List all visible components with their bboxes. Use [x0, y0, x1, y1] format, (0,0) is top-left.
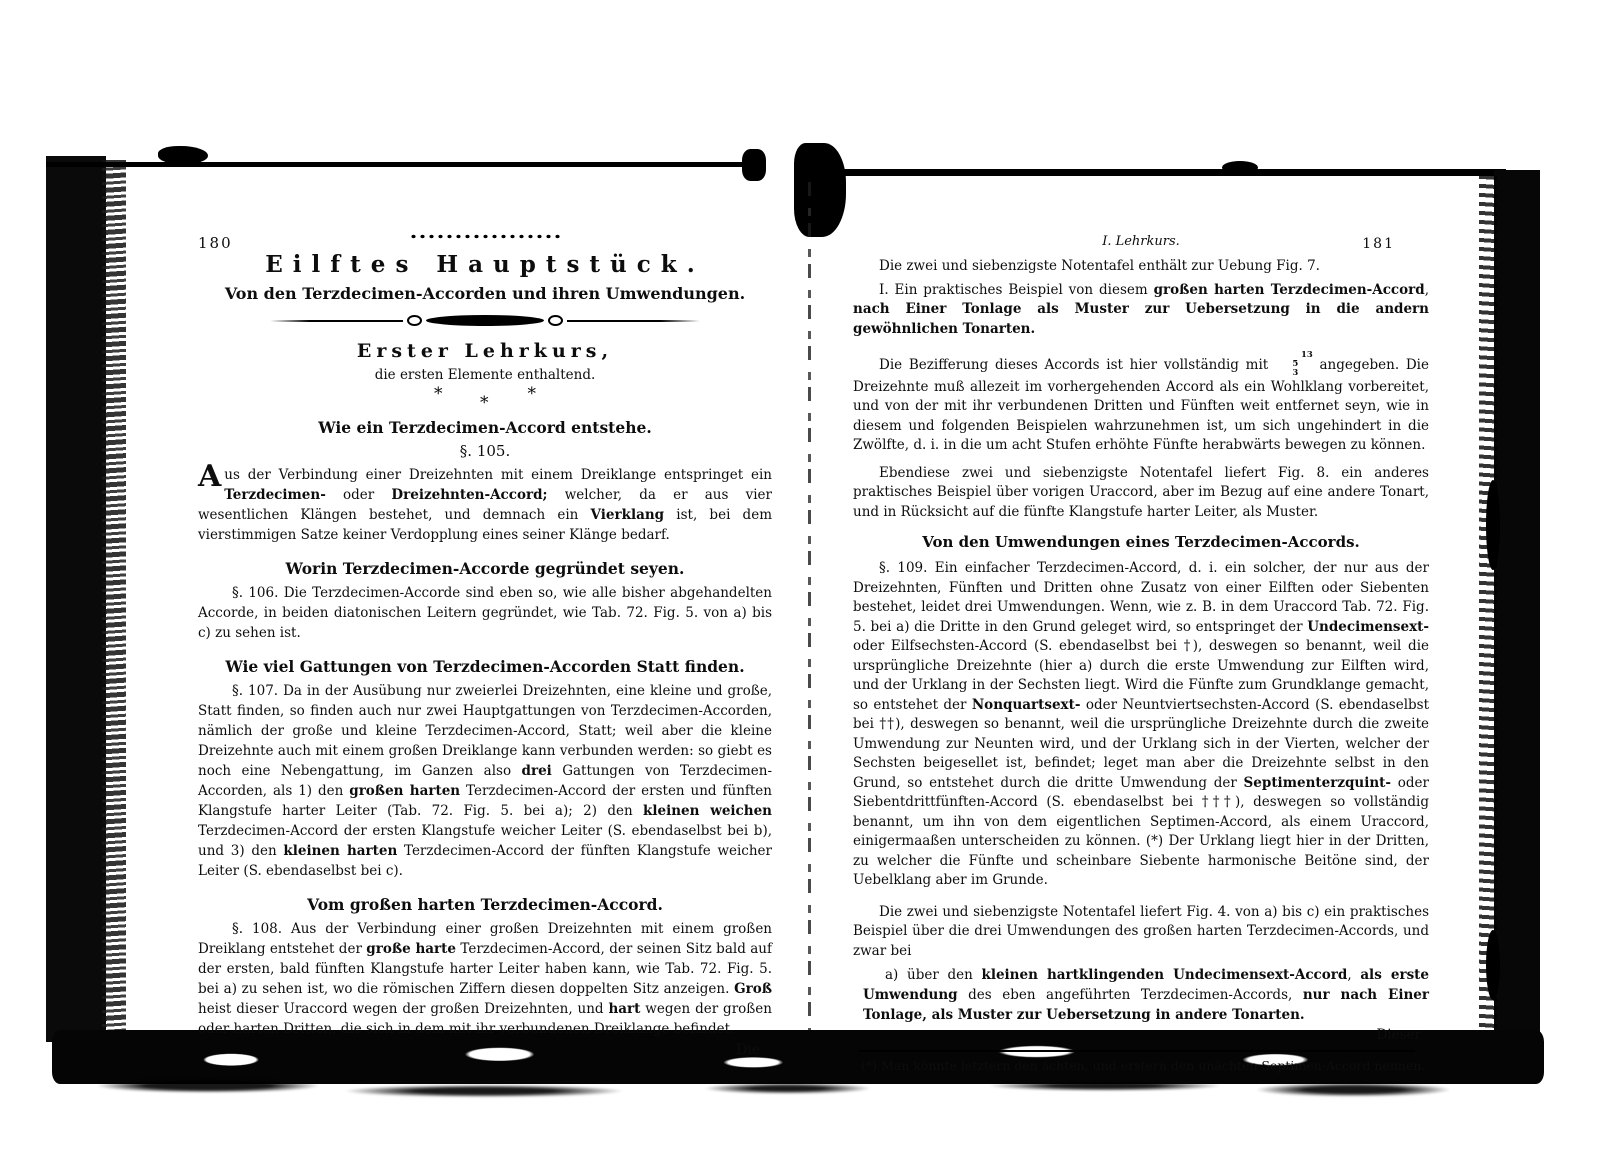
asterisk-icon: *	[434, 384, 443, 404]
page-number: 180	[198, 234, 233, 252]
heading-section-107: Wie viel Gattungen von Terzdecimen-Accor…	[198, 657, 772, 676]
paragraph-105: Aus der Verbindung einer Dreizehnten mit…	[198, 465, 772, 545]
divider-oval	[407, 315, 422, 326]
scan-blot-top-left	[158, 146, 208, 164]
scanned-book-spread: { "left_page": { "page_number": "180", "…	[0, 0, 1600, 1164]
item-roman-one: I. Ein praktisches Beispiel von diesem g…	[853, 281, 1429, 340]
footnote: (*) Man könnte letztern den ächten, und …	[861, 1057, 1429, 1074]
paragraph-107: §. 107. Da in der Ausübung nur zweierlei…	[198, 681, 772, 881]
chain-ornament-icon	[409, 232, 561, 241]
right-page: I. Lehrkurs. 181 Die zwei und siebenzigs…	[853, 234, 1429, 1074]
scan-border-right-bump	[1486, 930, 1500, 1000]
asterisk-icon: *	[480, 393, 489, 413]
item-a: a) über den kleinen hartklingenden Undec…	[863, 965, 1429, 1025]
book-gutter-line	[808, 182, 811, 1032]
paragraph-notentafel-fig4: Die zwei und siebenzigste Notentafel lie…	[853, 903, 1429, 962]
scan-border-top-right	[812, 169, 1506, 176]
asterisk-icon: *	[528, 384, 537, 404]
paragraph-number-105: §. 105.	[198, 442, 772, 460]
divider-line	[567, 320, 700, 322]
scan-border-top-left	[46, 162, 746, 167]
scan-blot-gutter-large	[794, 143, 846, 237]
divider-ornament-icon	[270, 315, 700, 326]
paragraph-108: §. 108. Aus der Verbindung einer großen …	[198, 919, 772, 1039]
running-head: I. Lehrkurs.	[853, 234, 1429, 249]
page-number: 181	[1362, 236, 1395, 252]
heading-section-108: Vom großen harten Terzdecimen-Accord.	[198, 895, 772, 914]
scan-border-left-streaks	[102, 160, 126, 1038]
catchword-right: Dieser	[853, 1027, 1429, 1043]
heading-section-106: Worin Terzdecimen-Accorde gegründet seye…	[198, 559, 772, 578]
asterism-ornament-icon: * * *	[430, 384, 540, 409]
scan-border-bottom-smudge	[70, 1078, 1450, 1104]
divider-oval	[548, 315, 563, 326]
scan-border-left	[46, 156, 106, 1042]
heading-umwendungen: Von den Umwendungen eines Terzdecimen-Ac…	[853, 533, 1429, 551]
paragraph-notentafel-fig7: Die zwei und siebenzigste Notentafel ent…	[853, 257, 1429, 277]
catchword-left: Die	[198, 1042, 772, 1058]
divider-lens	[426, 315, 544, 326]
heading-section-105: Wie ein Terzdecimen-Accord entstehe.	[198, 418, 772, 437]
left-page: 180 Eilftes Hauptstück. Von den Terzdeci…	[198, 226, 772, 1058]
paragraph-106: §. 106. Die Terzdecimen-Accorde sind ebe…	[198, 583, 772, 643]
scan-border-right-bump	[1486, 480, 1500, 570]
scan-blot-gutter-small	[742, 149, 766, 181]
paragraph-109: §. 109. Ein einfacher Terzdecimen-Accord…	[853, 559, 1429, 891]
divider-line	[270, 320, 403, 322]
course-title: Erster Lehrkurs,	[198, 340, 772, 362]
chapter-title: Eilftes Hauptstück.	[198, 251, 772, 278]
scan-border-right-streaks	[1479, 176, 1497, 1060]
chapter-subtitle: Von den Terzdecimen-Accorden und ihren U…	[198, 284, 772, 303]
footnote-rule	[859, 1050, 1415, 1052]
scan-border-right	[1494, 170, 1540, 1064]
paragraph-bezifferung: Die Bezifferung dieses Accords ist hier …	[853, 351, 1429, 456]
paragraph-ebendiese: Ebendiese zwei und siebenzigste Notentaf…	[853, 464, 1429, 523]
course-subtitle: die ersten Elemente enthaltend.	[198, 367, 772, 383]
